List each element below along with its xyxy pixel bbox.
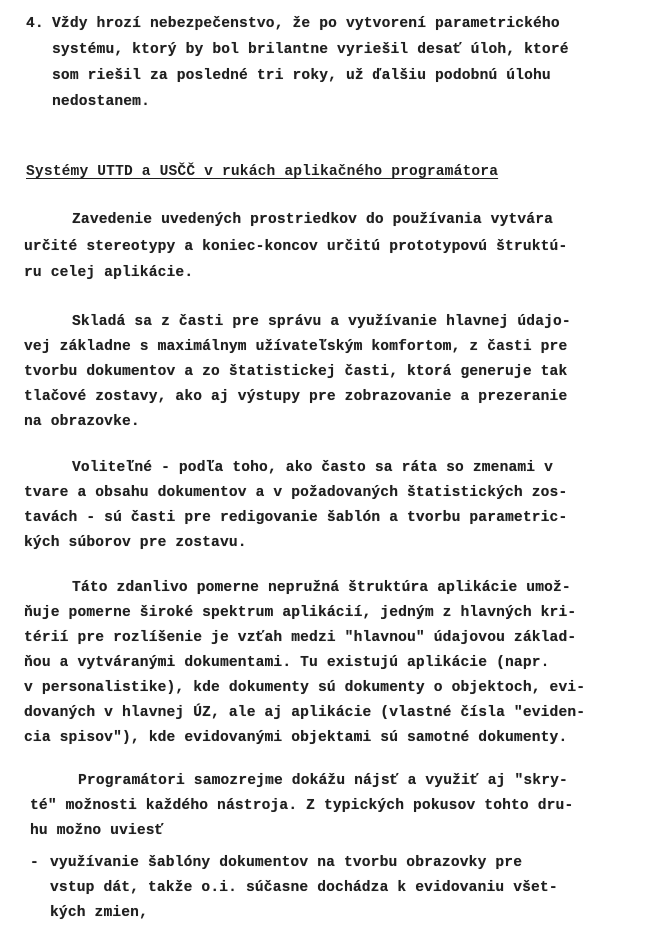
paragraph-4-line-5: v personalistike), kde dokumenty sú doku… [24, 681, 585, 696]
paragraph-4-line-7: cia spisov"), kde evidovanými objektami … [24, 731, 567, 746]
paragraph-1-line-3: ru celej aplikácie. [24, 266, 193, 281]
item4-line-2: systému, ktorý by bol brilantne vyriešil… [52, 43, 569, 58]
bullet-marker: - [30, 856, 39, 871]
item-number: 4. [26, 17, 44, 32]
paragraph-2-line-4: tlačové zostavy, ako aj výstupy pre zobr… [24, 390, 567, 405]
paragraph-4-line-3: térií pre rozlíšenie je vzťah medzi "hla… [24, 631, 576, 646]
bullet-line-1: využívanie šablóny dokumentov na tvorbu … [50, 856, 522, 871]
bullet-line-2: vstup dát, takže o.i. súčasne dochádza k… [50, 881, 558, 896]
paragraph-3-line-3: tavách - sú časti pre redigovanie šablón… [24, 511, 567, 526]
item4-line-4: nedostanem. [52, 95, 150, 110]
paragraph-2-line-2: vej základne s maximálnym užívateľským k… [24, 340, 567, 355]
paragraph-4-line-2: ňuje pomerne široké spektrum aplikácií, … [24, 606, 576, 621]
paragraph-5-line-1: Programátori samozrejme dokážu nájsť a v… [78, 774, 568, 789]
paragraph-5-line-3: hu možno uviesť [30, 824, 164, 839]
paragraph-1-line-1: Zavedenie uvedených prostriedkov do použ… [72, 213, 553, 228]
paragraph-2-line-1: Skladá sa z časti pre správu a využívani… [72, 315, 571, 330]
document-page: 4. Vždy hrozí nebezpečenstvo, že po vytv… [0, 0, 663, 928]
paragraph-4-line-1: Táto zdanlivo pomerne nepružná štruktúra… [72, 581, 571, 596]
paragraph-2-line-5: na obrazovke. [24, 415, 140, 430]
paragraph-4-line-4: ňou a vytváranými dokumentami. Tu existu… [24, 656, 550, 671]
paragraph-2-line-3: tvorbu dokumentov a zo štatistickej čast… [24, 365, 567, 380]
paragraph-5-line-2: té" možnosti každého nástroja. Z typický… [30, 799, 573, 814]
paragraph-3-line-1: Voliteľné - podľa toho, ako často sa rát… [72, 461, 553, 476]
item4-line-1: Vždy hrozí nebezpečenstvo, že po vytvore… [52, 17, 560, 32]
paragraph-4-line-6: dovaných v hlavnej ÚZ, ale aj aplikácie … [24, 706, 585, 721]
section-heading: Systémy UTTD a USČČ v rukách aplikačného… [26, 164, 498, 180]
item4-line-3: som riešil za posledné tri roky, už ďalš… [52, 69, 551, 84]
paragraph-1-line-2: určité stereotypy a koniec-koncov určitú… [24, 240, 567, 255]
paragraph-3-line-4: kých súborov pre zostavu. [24, 536, 247, 551]
bullet-line-3: kých zmien, [50, 906, 148, 921]
paragraph-3-line-2: tvare a obsahu dokumentov a v požadovaný… [24, 486, 567, 501]
